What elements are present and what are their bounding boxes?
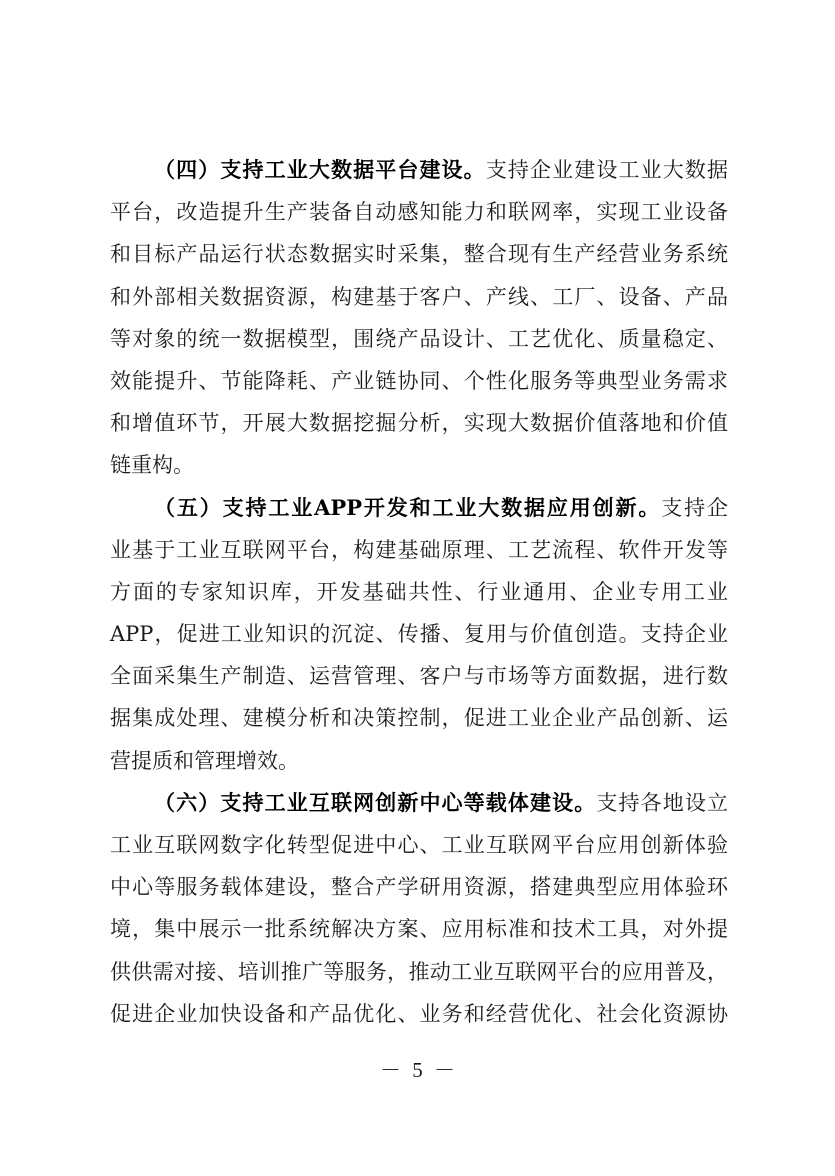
section-4-text: 支持企业建设工业大数据: [486, 158, 728, 182]
paragraph-line: 供供需对接、培训推广等服务，推动工业互联网平台的应用普及，: [110, 951, 728, 993]
section-5-first-line: （五）支持工业APP开发和工业大数据应用创新。支持企: [110, 487, 728, 529]
section-6-text: 支持各地设立: [596, 791, 728, 815]
paragraph-line: 境，集中展示一批系统解决方案、应用标准和技术工具，对外提: [110, 908, 728, 950]
paragraph-line: 据集成处理、建模分析和决策控制，促进工业企业产品创新、运: [110, 697, 728, 739]
section-6-first-line: （六）支持工业互联网创新中心等载体建设。支持各地设立: [110, 782, 728, 824]
paragraph-line: 和增值环节，开展大数据挖掘分析，实现大数据价值落地和价值: [110, 402, 728, 444]
paragraph-line: 和外部相关数据资源，构建基于客户、产线、工厂、设备、产品: [110, 276, 728, 318]
paragraph-line: 和目标产品运行状态数据实时采集，整合现有生产经营业务系统: [110, 233, 728, 275]
paragraph-line: 营提质和管理增效。: [110, 740, 728, 782]
section-4-first-line: （四）支持工业大数据平台建设。支持企业建设工业大数据: [110, 149, 728, 191]
paragraph-line: 工业互联网数字化转型促进中心、工业互联网平台应用创新体验: [110, 824, 728, 866]
paragraph-line: 中心等服务载体建设，整合产学研用资源，搭建典型应用体验环: [110, 866, 728, 908]
document-page: （四）支持工业大数据平台建设。支持企业建设工业大数据 平台，改造提升生产装备自动…: [0, 0, 835, 1176]
paragraph-line: 链重构。: [110, 444, 728, 486]
paragraph-line: 促进企业加快设备和产品优化、业务和经营优化、社会化资源协: [110, 993, 728, 1035]
paragraph-line: 等对象的统一数据模型，围绕产品设计、工艺优化、质量稳定、: [110, 318, 728, 360]
paragraph-line: 平台，改造提升生产装备自动感知能力和联网率，实现工业设备: [110, 191, 728, 233]
section-4-heading: （四）支持工业大数据平台建设。: [154, 157, 486, 182]
paragraph-line: 全面采集生产制造、运营管理、客户与市场等方面数据，进行数: [110, 655, 728, 697]
paragraph-line: 效能提升、节能降耗、产业链协同、个性化服务等典型业务需求: [110, 360, 728, 402]
section-5-heading: （五）支持工业APP开发和工业大数据应用创新。: [154, 495, 661, 520]
section-5-text: 支持企: [661, 496, 728, 520]
paragraph-line: 业基于工业互联网平台，构建基础原理、工艺流程、软件开发等: [110, 529, 728, 571]
section-6-heading: （六）支持工业互联网创新中心等载体建设。: [154, 790, 596, 815]
page-number: － 5 －: [0, 1054, 835, 1084]
body-text: （四）支持工业大数据平台建设。支持企业建设工业大数据 平台，改造提升生产装备自动…: [110, 149, 728, 1035]
paragraph-line: APP，促进工业知识的沉淀、传播、复用与价值创造。支持企业: [110, 613, 728, 655]
paragraph-line: 方面的专家知识库，开发基础共性、行业通用、企业专用工业: [110, 571, 728, 613]
